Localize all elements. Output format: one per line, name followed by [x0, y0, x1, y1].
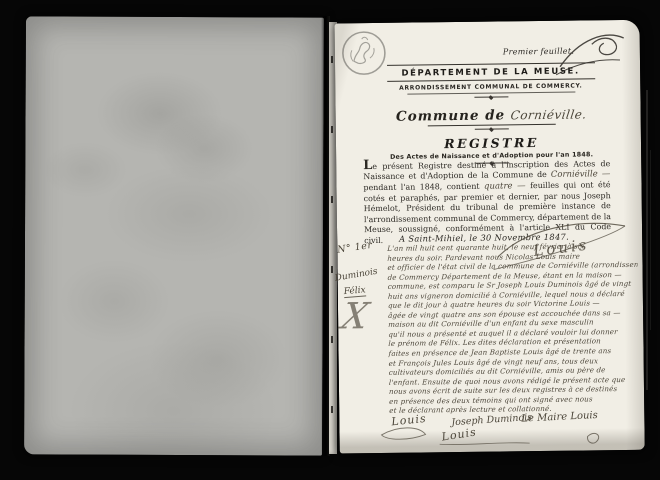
- divider: [387, 78, 595, 82]
- divider: [387, 62, 595, 66]
- ornament-divider: [474, 95, 508, 99]
- register-title-page: Premier feuillet. DÉPARTEMENT DE LA MEUS…: [335, 20, 645, 454]
- commune-line: Commune de Corniéville.: [370, 103, 613, 125]
- preamble-insert-commune: Corniéville —: [551, 170, 611, 181]
- left-blank-page: [24, 16, 324, 455]
- binding-stitches: [331, 26, 333, 450]
- act-margin-cross-mark: X: [338, 299, 371, 335]
- page-edge-sliver: [646, 90, 648, 390]
- scanned-register-photo: Premier feuillet. DÉPARTEMENT DE LA MEUS…: [0, 0, 660, 480]
- preamble-insert-folios: quatre —: [484, 181, 526, 192]
- ornament-divider: [474, 127, 508, 131]
- act-margin-surname: Duminois: [334, 267, 378, 284]
- act-number: N° 1er: [337, 240, 373, 256]
- act-body-handwritten: L'an mil huit cent quarante huit, le neu…: [387, 241, 639, 416]
- commune-name-handwritten: Corniéville.: [509, 107, 587, 122]
- printed-header-block: DÉPARTEMENT DE LA MEUSE. ARRONDISSEMENT …: [369, 60, 613, 169]
- divider: [427, 124, 555, 127]
- preamble-part2: pendant l'an 1848, contient: [363, 182, 484, 192]
- divider: [407, 92, 575, 95]
- page-edge-sliver: [650, 150, 651, 330]
- department-title: DÉPARTEMENT DE LA MEUSE.: [369, 66, 612, 79]
- arrondissement-title: ARRONDISSEMENT COMMUNAL DE COMMERCY.: [369, 82, 612, 92]
- register-title: REGISTRE: [370, 134, 613, 152]
- commune-label: Commune de: [396, 107, 505, 124]
